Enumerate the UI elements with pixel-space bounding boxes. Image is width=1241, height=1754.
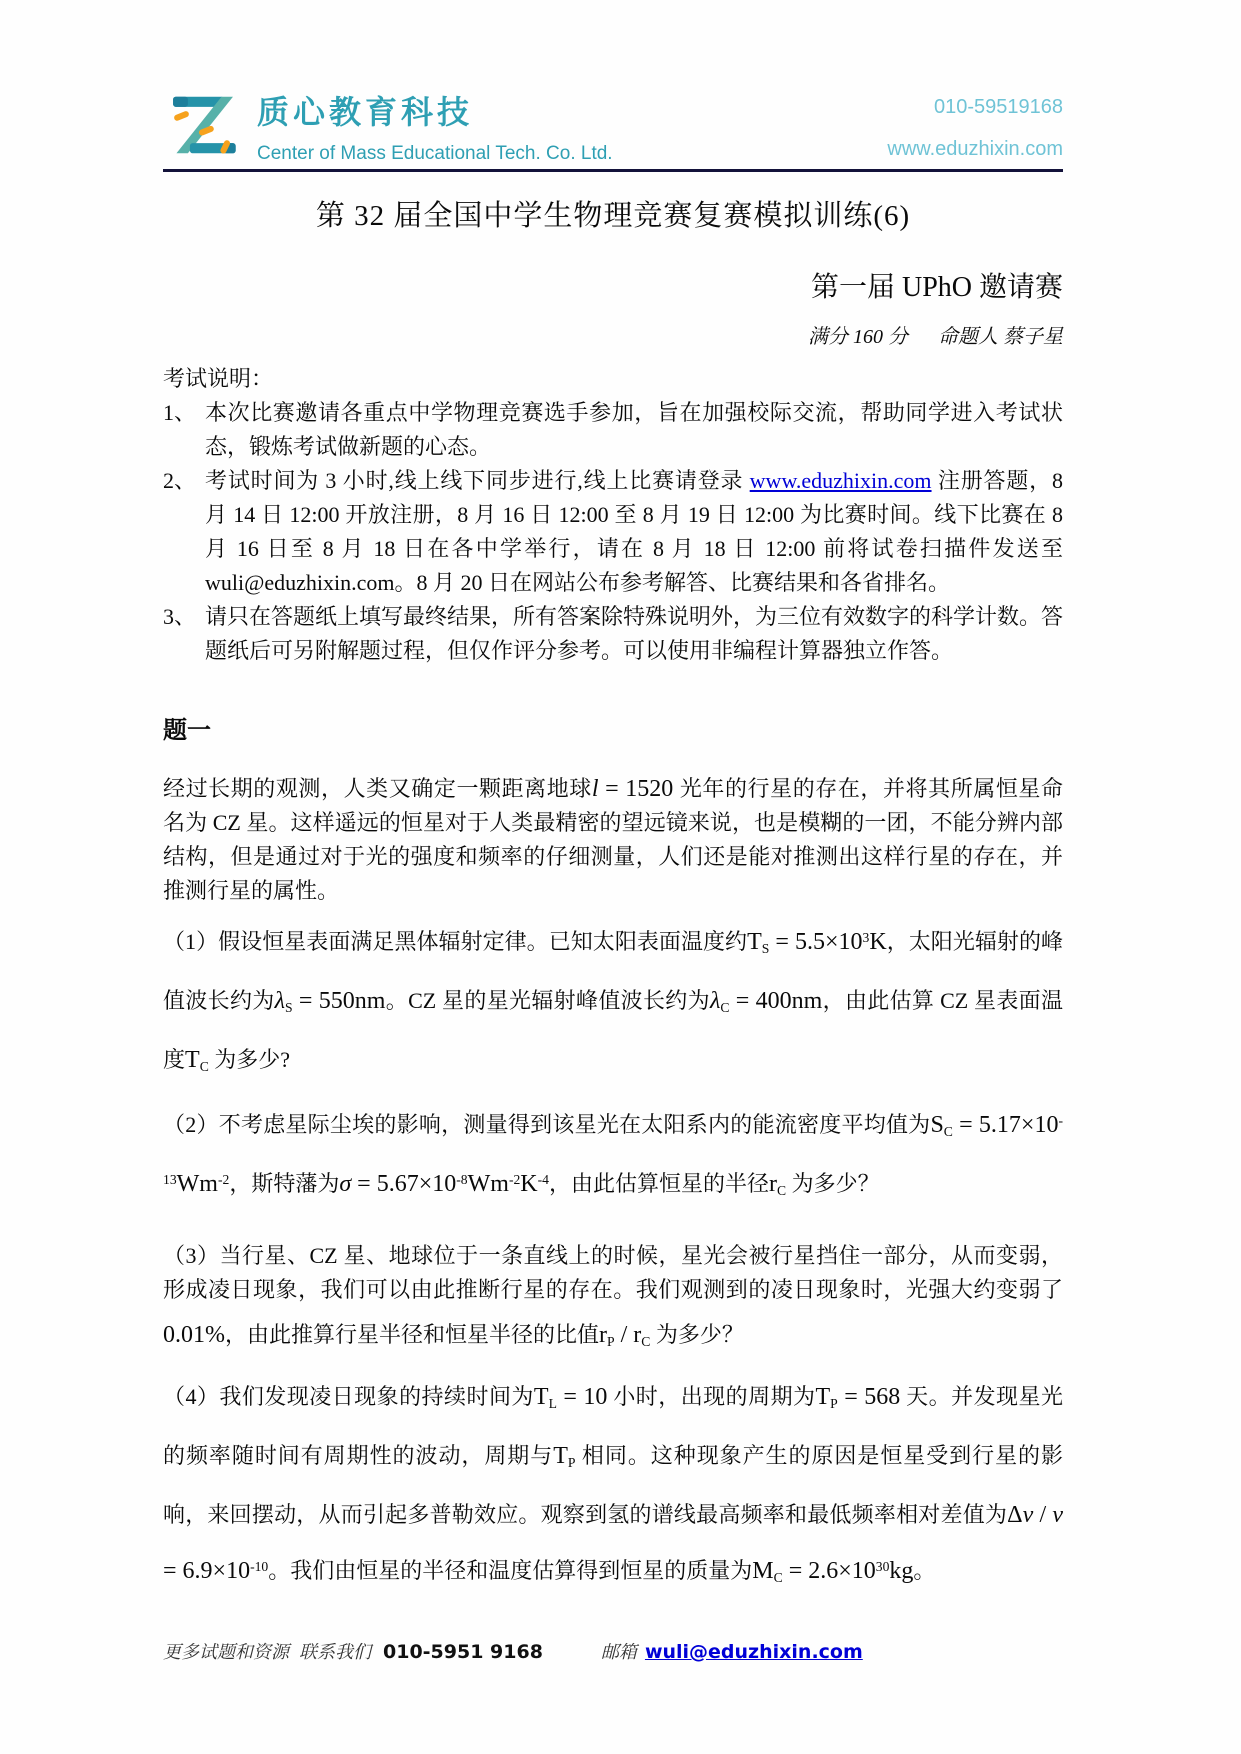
math-segment: λ (275, 988, 285, 1014)
text-segment: （2）不考虑星际尘埃的影响，测量得到该星光在太阳系内的能流密度平均值为 (163, 1112, 930, 1137)
instruction-text: 本次比赛邀请各重点中学物理竞赛选手参加，旨在加强校际交流，帮助同学进入考试状态，… (205, 396, 1063, 464)
text-segment: （3）当行星、CZ 星、地球位于一条直线上的时候，星光会被行星挡住一部分，从而变… (163, 1243, 1063, 1302)
problem-paragraph-q3: （3）当行星、CZ 星、地球位于一条直线上的时候，星光会被行星挡住一部分，从而变… (163, 1239, 1063, 1363)
math-segment: T (816, 1384, 831, 1410)
math-segment: Wm (468, 1171, 509, 1197)
math-segment: = 5.17×10 (953, 1112, 1059, 1138)
math-sup: -2 (509, 1172, 520, 1187)
header-phone: 010-59519168 (887, 96, 1063, 119)
document-page: 质心教育科技 Center of Mass Educational Tech. … (0, 0, 1241, 1754)
list-marker: 2、 (163, 464, 205, 600)
math-segment: r (599, 1322, 607, 1348)
math-segment: r (769, 1171, 777, 1197)
instruction-item: 1、 本次比赛邀请各重点中学物理竞赛选手参加，旨在加强校际交流，帮助同学进入考试… (163, 396, 1063, 464)
footer: 更多试题和资源 联系我们 010-5951 9168 邮箱 wuli@eduzh… (163, 1638, 863, 1664)
math-segment: ν (1023, 1502, 1034, 1528)
problem-paragraph-intro: 经过长期的观测，人类又确定一颗距离地球l = 1520 光年的行星的存在，并将其… (163, 772, 1063, 908)
header: 质心教育科技 Center of Mass Educational Tech. … (163, 83, 1063, 167)
math-segment: T (553, 1443, 568, 1469)
instruction-item: 2、 考试时间为 3 小时,线上线下同步进行,线上比赛请登录 www.eduzh… (163, 464, 1063, 600)
math-segment: = 5.5×10 (769, 929, 862, 955)
instructions-list: 1、 本次比赛邀请各重点中学物理竞赛选手参加，旨在加强校际交流，帮助同学进入考试… (163, 396, 1063, 668)
text-segment: 请只在答题纸上填写最终结果，所有答案除特殊说明外，为三位有效数字的科学计数。答题… (205, 604, 1063, 663)
page-title: 第 32 届全国中学生物理竞赛复赛模拟训练(6) (163, 193, 1063, 234)
list-marker: 3、 (163, 600, 205, 668)
text-segment: 。CZ 星的星光辐射峰值波长约为 (385, 988, 709, 1013)
math-segment: = 400nm (729, 988, 822, 1014)
text-segment: ，由此估算恒星的半径 (549, 1171, 769, 1196)
math-segment: Δ (1007, 1502, 1022, 1528)
math-sup: 3 (863, 930, 870, 945)
math-sub: C (720, 1000, 729, 1015)
math-segment: = 1520 (599, 776, 680, 802)
math-segment: σ (339, 1171, 351, 1197)
meta-line: 满分 160 分命题人 蔡子星 (163, 320, 1063, 349)
text-segment: 经过长期的观测，人类又确定一颗距离地球 (163, 776, 592, 801)
math-segment: K (869, 929, 886, 955)
math-segment: M (752, 1558, 773, 1584)
math-sub: L (549, 1396, 557, 1411)
math-sub: C (200, 1059, 209, 1074)
math-sup: -10 (250, 1559, 268, 1574)
text-segment: 小时，出现的周期为 (607, 1384, 815, 1409)
math-segment: = 2.6×10 (783, 1558, 876, 1584)
math-segment: = 10 (557, 1384, 607, 1410)
math-segment: l (592, 776, 599, 802)
math-sub: P (568, 1455, 576, 1470)
text-segment: 考试时间为 3 小时,线上线下同步进行,线上比赛请登录 (205, 468, 750, 493)
footer-phone: 010-5951 9168 (383, 1641, 543, 1663)
math-segment: S (930, 1112, 943, 1138)
math-segment: / (615, 1322, 634, 1348)
text-segment: ，由此推算行星半径和恒星半径的比值 (225, 1322, 599, 1347)
math-sub: S (762, 941, 770, 956)
math-sup: -2 (218, 1172, 229, 1187)
math-sub: P (830, 1396, 838, 1411)
text-segment: ，斯特藩为 (229, 1171, 339, 1196)
text-segment: 为多少？ (786, 1171, 880, 1196)
math-sub: C (777, 1183, 786, 1198)
footer-email-label: 邮箱 (601, 1638, 637, 1664)
logo: 质心教育科技 Center of Mass Educational Tech. … (163, 83, 613, 167)
math-segment: T (747, 929, 762, 955)
instruction-item: 3、 请只在答题纸上填写最终结果，所有答案除特殊说明外，为三位有效数字的科学计数… (163, 600, 1063, 668)
math-sup: -4 (538, 1172, 549, 1187)
problem-paragraph-q2: （2）不考虑星际尘埃的影响，测量得到该星光在太阳系内的能流密度平均值为SC = … (163, 1097, 1063, 1215)
full-score: 满分 160 分 (808, 326, 908, 348)
math-segment: K (520, 1171, 537, 1197)
text-segment: （1）假设恒星表面满足黑体辐射定律。已知太阳表面温度约 (163, 929, 747, 954)
math-segment: ν (1052, 1502, 1063, 1528)
problem-heading: 题一 (163, 714, 1063, 748)
math-sub: S (285, 1000, 293, 1015)
text-segment: 为多少? (209, 1047, 290, 1072)
header-contact: 010-59519168 www.eduzhixin.com (887, 83, 1063, 161)
text-segment: 本次比赛邀请各重点中学物理竞赛选手参加，旨在加强校际交流，帮助同学进入考试状态，… (205, 400, 1063, 459)
list-marker: 1、 (163, 396, 205, 464)
instruction-text: 考试时间为 3 小时,线上线下同步进行,线上比赛请登录 www.eduzhixi… (205, 464, 1063, 600)
math-segment: = 550nm (293, 988, 386, 1014)
problem-paragraph-q4: （4）我们发现凌日现象的持续时间为TL = 10 小时，出现的周期为TP = 5… (163, 1369, 1063, 1602)
text-segment: 。我们由恒星的半径和温度估算得到恒星的质量为 (268, 1558, 752, 1583)
logo-text: 质心教育科技 Center of Mass Educational Tech. … (257, 83, 613, 167)
math-sub: C (641, 1334, 650, 1349)
inline-link[interactable]: www.eduzhixin.com (750, 468, 932, 493)
math-segment: T (185, 1047, 200, 1073)
math-segment: kg (889, 1558, 913, 1584)
footer-contact-label: 联系我们 (299, 1638, 371, 1664)
instruction-text: 请只在答题纸上填写最终结果，所有答案除特殊说明外，为三位有效数字的科学计数。答题… (205, 600, 1063, 668)
subtitle: 第一届 UPhO 邀请赛 (163, 265, 1063, 305)
text-segment: （4）我们发现凌日现象的持续时间为 (163, 1384, 534, 1409)
math-sup: 30 (876, 1559, 890, 1574)
problem-paragraph-q1: （1）假设恒星表面满足黑体辐射定律。已知太阳表面温度约TS = 5.5×103K… (163, 914, 1063, 1091)
header-divider (163, 169, 1063, 172)
footer-email-link[interactable]: wuli@eduzhixin.com (645, 1641, 863, 1663)
math-segment: λ (710, 988, 720, 1014)
math-segment: / (1033, 1502, 1052, 1528)
logo-company-name-en: Center of Mass Educational Tech. Co. Ltd… (257, 143, 613, 165)
math-segment: = 5.67×10 (351, 1171, 456, 1197)
math-sup: -8 (456, 1172, 467, 1187)
author: 命题人 蔡子星 (938, 326, 1063, 348)
text-segment: 为多少？ (650, 1322, 744, 1347)
instructions-heading: 考试说明： (163, 362, 1063, 396)
math-sub: C (944, 1124, 953, 1139)
math-segment: = 568 (838, 1384, 900, 1410)
header-website: www.eduzhixin.com (887, 138, 1063, 161)
math-segment: = 6.9×10 (163, 1558, 250, 1584)
logo-company-name: 质心教育科技 (257, 87, 613, 133)
math-sub: C (774, 1570, 783, 1585)
math-segment: 0.01% (163, 1322, 225, 1348)
math-segment: Wm (177, 1171, 218, 1197)
footer-resources-label: 更多试题和资源 (163, 1638, 289, 1664)
math-sub: P (607, 1334, 615, 1349)
logo-z-icon (163, 83, 237, 167)
text-segment: 。 (913, 1558, 935, 1583)
math-segment: T (534, 1384, 549, 1410)
